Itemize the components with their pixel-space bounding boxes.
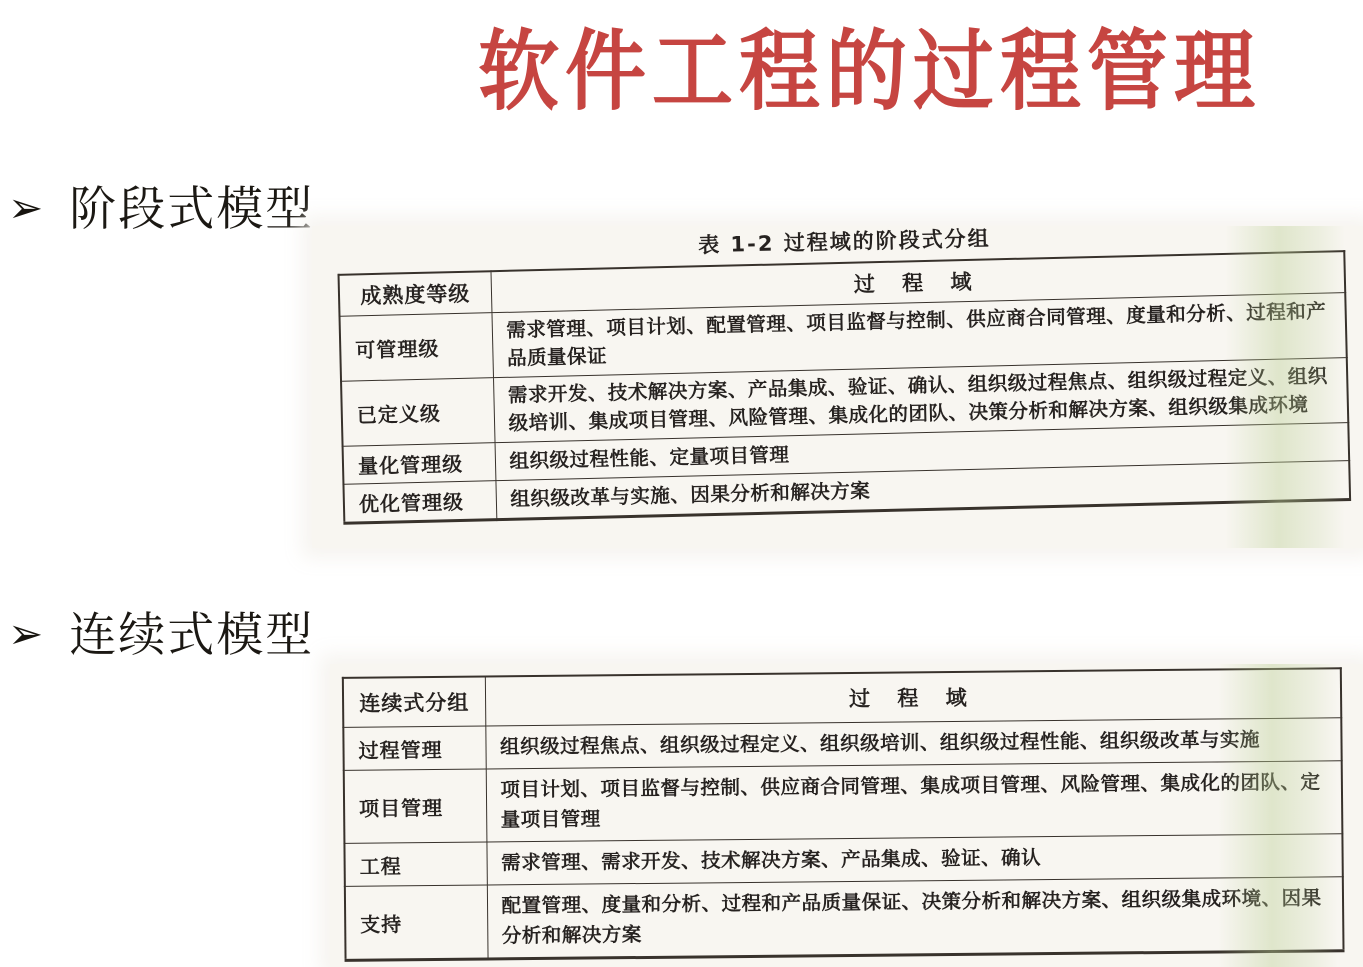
continuous-grouping-table: 连续式分组 过 程 域 过程管理 组织级过程焦点、组织级过程定义、组织级培训、组…: [342, 667, 1345, 962]
staged-grouping-table: 成熟度等级 过 程 域 可管理级 需求管理、项目计划、配置管理、项目监督与控制、…: [338, 250, 1352, 525]
arrowhead-bullet-icon: ➢: [8, 613, 43, 655]
group-name: 工程: [344, 842, 486, 886]
staged-model-label: 阶段式模型: [69, 172, 314, 239]
maturity-level: 量化管理级: [343, 443, 496, 485]
maturity-level-header: 成熟度等级: [339, 271, 492, 316]
maturity-level: 已定义级: [341, 378, 494, 447]
table-row: 项目管理 项目计划、项目监督与控制、供应商合同管理、集成项目管理、风险管理、集成…: [344, 761, 1343, 844]
maturity-level: 优化管理级: [343, 481, 496, 524]
process-area-header: 过 程 域: [485, 668, 1341, 726]
group-name: 支持: [345, 885, 488, 960]
process-areas: 项目计划、项目监督与控制、供应商合同管理、集成项目管理、风险管理、集成化的团队、…: [486, 761, 1343, 842]
maturity-level: 可管理级: [340, 313, 493, 382]
continuous-model-label: 连续式模型: [69, 598, 314, 665]
bullet-item-continuous-model: ➢ 连续式模型: [8, 598, 314, 665]
group-name: 项目管理: [344, 769, 487, 843]
process-areas: 配置管理、度量和分析、过程和产品质量保证、决策分析和解决方案、组织级集成环境、因…: [487, 877, 1344, 959]
staged-table-scan: 表 1-2 过程域的阶段式分组 成熟度等级 过 程 域 可管理级 需求管理、项目…: [312, 226, 1363, 548]
page-title: 软件工程的过程管理: [478, 2, 1261, 127]
continuous-group-header: 连续式分组: [343, 676, 485, 727]
bullet-item-staged-model: ➢ 阶段式模型: [8, 172, 314, 239]
group-name: 过程管理: [343, 726, 485, 770]
table-row: 支持 配置管理、度量和分析、过程和产品质量保证、决策分析和解决方案、组织级集成环…: [345, 877, 1344, 961]
arrowhead-bullet-icon: ➢: [8, 187, 43, 229]
continuous-table-scan: 连续式分组 过 程 域 过程管理 组织级过程焦点、组织级过程定义、组织级培训、组…: [330, 664, 1363, 967]
